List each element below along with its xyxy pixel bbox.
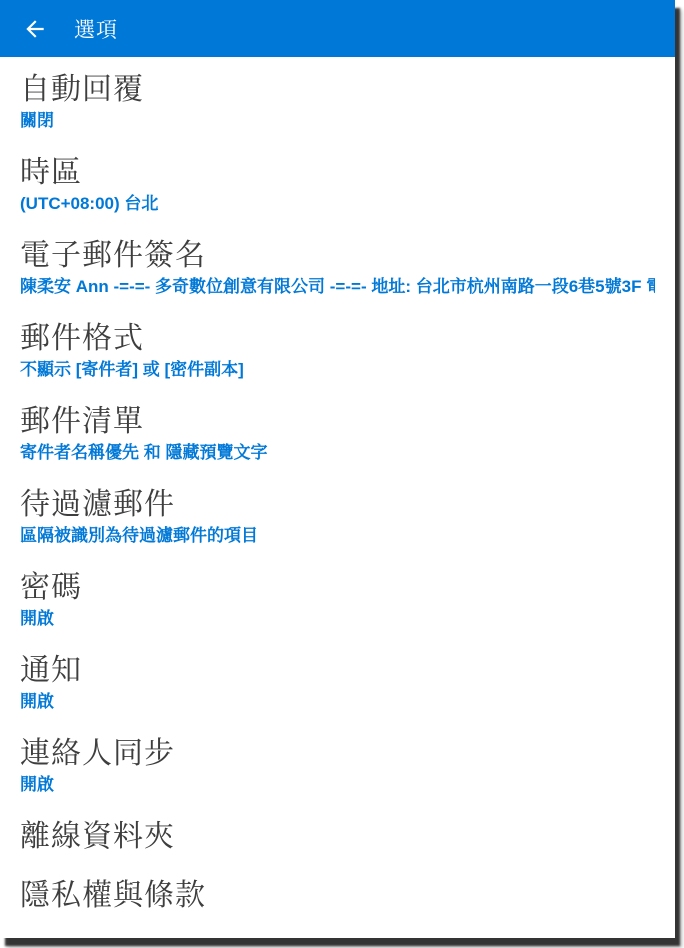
option-item-filtered-mail[interactable]: 待過濾郵件 區隔被識別為待過濾郵件的項目 xyxy=(0,476,675,559)
option-item-auto-reply[interactable]: 自動回覆 關閉 xyxy=(0,61,675,144)
option-title: 郵件清單 xyxy=(20,404,655,440)
option-title: 隱私權與條款 xyxy=(20,878,655,914)
option-item-notifications[interactable]: 通知 開啟 xyxy=(0,642,675,725)
option-value: 關閉 xyxy=(20,110,655,132)
option-title: 郵件格式 xyxy=(20,321,655,357)
options-list: 自動回覆 關閉 時區 (UTC+08:00) 台北 電子郵件簽名 陳柔安 Ann… xyxy=(0,57,675,926)
option-title: 待過濾郵件 xyxy=(20,487,655,523)
option-value: 開啟 xyxy=(20,608,655,630)
option-item-privacy-terms[interactable]: 隱私權與條款 xyxy=(0,867,675,926)
option-title: 連絡人同步 xyxy=(20,736,655,772)
back-button[interactable] xyxy=(20,14,50,44)
option-title: 密碼 xyxy=(20,570,655,606)
option-value: 區隔被識別為待過濾郵件的項目 xyxy=(20,525,655,547)
page-title: 選項 xyxy=(74,14,118,44)
app-header: 選項 xyxy=(0,0,675,57)
arrow-left-icon xyxy=(22,16,48,42)
option-value: 寄件者名稱優先 和 隱藏預覽文字 xyxy=(20,442,655,464)
option-item-password[interactable]: 密碼 開啟 xyxy=(0,559,675,642)
option-value: 開啟 xyxy=(20,774,655,796)
option-value: 陳柔安 Ann -=-=- 多奇數位創意有限公司 -=-=- 地址: 台北市杭州… xyxy=(20,276,655,298)
option-item-time-zone[interactable]: 時區 (UTC+08:00) 台北 xyxy=(0,144,675,227)
option-title: 電子郵件簽名 xyxy=(20,238,655,274)
option-title: 時區 xyxy=(20,155,655,191)
option-value: (UTC+08:00) 台北 xyxy=(20,193,655,215)
option-item-message-list[interactable]: 郵件清單 寄件者名稱優先 和 隱藏預覽文字 xyxy=(0,393,675,476)
option-title: 離線資料夾 xyxy=(20,819,655,855)
option-item-mail-format[interactable]: 郵件格式 不顯示 [寄件者] 或 [密件副本] xyxy=(0,310,675,393)
settings-screen: 選項 自動回覆 關閉 時區 (UTC+08:00) 台北 電子郵件簽名 陳柔安 … xyxy=(0,0,675,938)
option-item-contact-sync[interactable]: 連絡人同步 開啟 xyxy=(0,725,675,808)
option-item-offline-folders[interactable]: 離線資料夾 xyxy=(0,808,675,867)
option-title: 自動回覆 xyxy=(20,72,655,108)
option-item-email-signature[interactable]: 電子郵件簽名 陳柔安 Ann -=-=- 多奇數位創意有限公司 -=-=- 地址… xyxy=(0,227,675,310)
option-value: 開啟 xyxy=(20,691,655,713)
option-title: 通知 xyxy=(20,653,655,689)
option-value: 不顯示 [寄件者] 或 [密件副本] xyxy=(20,359,655,381)
